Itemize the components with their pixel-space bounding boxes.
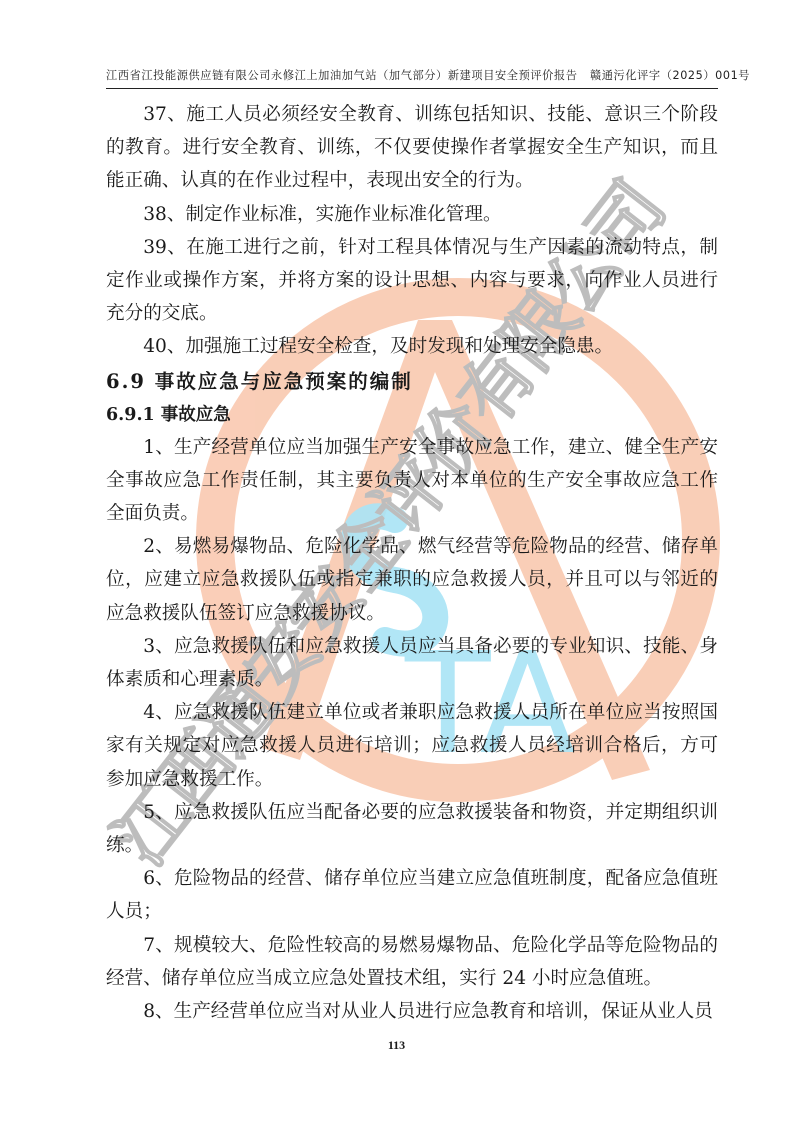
paragraph-emergency-2: 2、易燃易爆物品、危险化学品、燃气经营等危险物品的经营、储存单位，应建立应急救援… <box>106 530 718 630</box>
paragraph-item-37: 37、施工人员必须经安全教育、训练包括知识、技能、意识三个阶段的教育。进行安全教… <box>106 98 718 198</box>
header-spacer <box>578 69 590 82</box>
document-body: 37、施工人员必须经安全教育、训练包括知识、技能、意识三个阶段的教育。进行安全教… <box>106 98 718 1028</box>
paragraph-emergency-8: 8、生产经营单位应当对从业人员进行应急教育和培训，保证从业人员 <box>106 995 718 1028</box>
header-doc-number: 赣通污化评字（2025）001号 <box>590 69 750 82</box>
paragraph-emergency-3: 3、应急救援队伍和应急救援人员应当具备必要的专业知识、技能、身体素质和心理素质。 <box>106 630 718 696</box>
paragraph-emergency-1: 1、生产经营单位应当加强生产安全事故应急工作，建立、健全生产安全事故应急工作责任… <box>106 431 718 531</box>
paragraph-emergency-6: 6、危险物品的经营、储存单位应当建立应急值班制度，配备应急值班人员； <box>106 862 718 928</box>
paragraph-item-39: 39、在施工进行之前，针对工程具体情况与生产因素的流动特点，制定作业或操作方案，… <box>106 231 718 331</box>
page-number: 113 <box>0 1038 793 1053</box>
header-title: 江西省江投能源供应链有限公司永修江上加油加气站（加气部分）新建项目安全预评价报告 <box>106 69 578 82</box>
section-heading: 6.9 事故应急与应急预案的编制 <box>106 364 718 399</box>
paragraph-emergency-7: 7、规模较大、危险性较高的易燃易爆物品、危险化学品等危险物品的经营、储存单位应当… <box>106 929 718 995</box>
paragraph-item-40: 40、加强施工过程安全检查，及时发现和处理安全隐患。 <box>106 330 718 363</box>
paragraph-emergency-5: 5、应急救援队伍应当配备必要的应急救援装备和物资，并定期组织训练。 <box>106 796 718 862</box>
running-header: 江西省江投能源供应链有限公司永修江上加油加气站（加气部分）新建项目安全预评价报告… <box>106 68 718 84</box>
paragraph-emergency-4: 4、应急救援队伍建立单位或者兼职应急救援人员所在单位应当按照国家有关规定对应急救… <box>106 696 718 796</box>
document-page: 江西省江投能源供应链有限公司永修江上加油加气站（加气部分）新建项目安全预评价报告… <box>0 0 793 1122</box>
subsection-heading: 6.9.1 事故应急 <box>106 399 718 431</box>
header-divider <box>106 88 718 89</box>
paragraph-item-38: 38、制定作业标准，实施作业标准化管理。 <box>106 198 718 231</box>
